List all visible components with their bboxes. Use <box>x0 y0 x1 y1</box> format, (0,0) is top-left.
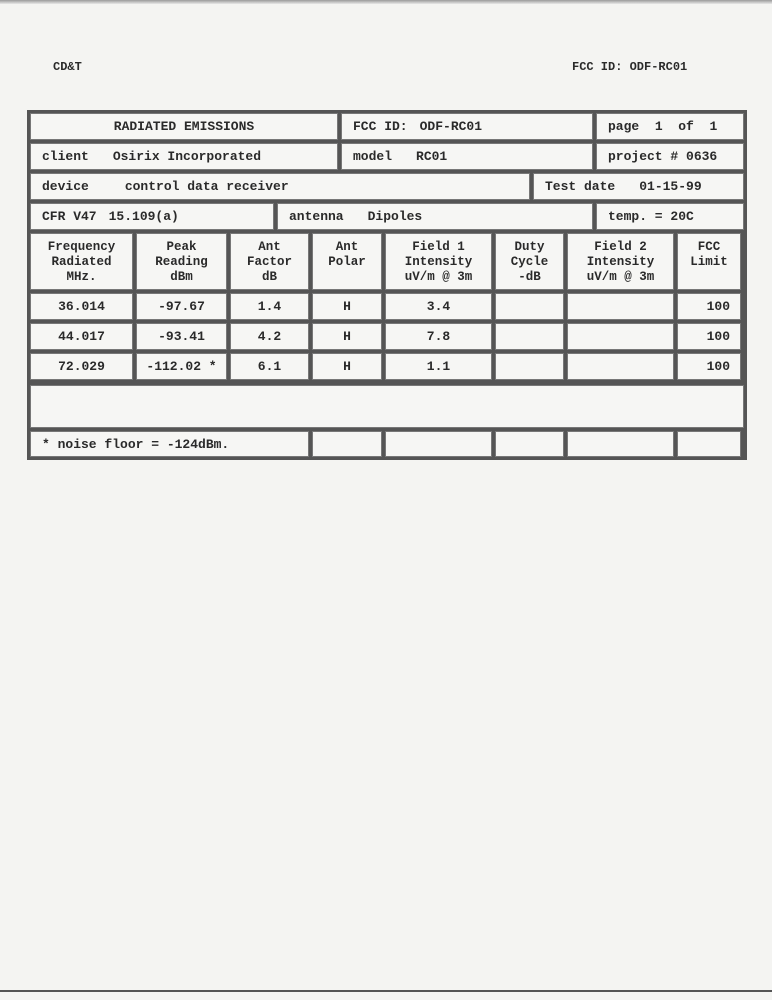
fcc-id-label: FCC ID: <box>353 119 408 134</box>
page-total: 1 <box>709 119 717 134</box>
table-cell-field2-intensity <box>567 293 674 320</box>
table-cell-ant-polar: H <box>312 323 382 350</box>
column-header-line: FCC <box>678 240 740 255</box>
model-value: RC01 <box>416 149 447 164</box>
device-label: device <box>42 179 89 194</box>
table-cell-duty-cycle <box>495 323 564 350</box>
table-cell-fcc-limit: 100 <box>677 293 741 320</box>
page-label: page <box>608 119 639 134</box>
table-cell-ant-factor: 1.4 <box>230 293 309 320</box>
table-cell-fcc-limit: 100 <box>677 353 741 380</box>
table-cell-ant-factor: 4.2 <box>230 323 309 350</box>
table-cell-field1-intensity: 3.4 <box>385 293 492 320</box>
antenna-value: Dipoles <box>368 209 423 224</box>
client-value: Osirix Incorporated <box>113 149 261 164</box>
cfr-cell: CFR V4715.109(a) <box>30 203 274 230</box>
table-cell-field2-intensity <box>567 323 674 350</box>
project-cell: project # 0636 <box>596 143 744 170</box>
column-header-line: Reading <box>137 255 226 270</box>
column-header-field1-intensity: Field 1IntensityuV/m @ 3m <box>385 233 492 290</box>
column-header-frequency: FrequencyRadiatedMHz. <box>30 233 133 290</box>
column-header-line: Ant <box>231 240 308 255</box>
footnote-empty-cell <box>312 431 382 457</box>
scan-bottom-edge <box>0 990 772 992</box>
column-header-line: Polar <box>313 255 381 270</box>
page-current: 1 <box>655 119 663 134</box>
table-cell-peak-reading: -93.41 <box>136 323 227 350</box>
footnote-empty-cell <box>385 431 492 457</box>
model-label: model <box>353 149 392 164</box>
column-header-line: dBm <box>137 270 226 285</box>
column-header-line: dB <box>231 270 308 285</box>
antenna-cell: antennaDipoles <box>277 203 593 230</box>
column-header-line <box>313 270 381 285</box>
client-label: client <box>42 149 89 164</box>
column-header-ant-factor: AntFactordB <box>230 233 309 290</box>
column-header-duty-cycle: DutyCycle-dB <box>495 233 564 290</box>
table-cell-field2-intensity <box>567 353 674 380</box>
table-cell-duty-cycle <box>495 293 564 320</box>
column-header-ant-polar: AntPolar <box>312 233 382 290</box>
table-cell-peak-reading: -97.67 <box>136 293 227 320</box>
fcc-id-cell: FCC ID:ODF-RC01 <box>341 113 593 140</box>
project-value: 0636 <box>686 149 717 164</box>
device-value: control data receiver <box>125 179 289 194</box>
fcc-id-value: ODF-RC01 <box>420 119 482 134</box>
test-date-value: 01-15-99 <box>639 179 701 194</box>
footnote-empty-cell <box>495 431 564 457</box>
column-header-line: uV/m @ 3m <box>568 270 673 285</box>
antenna-label: antenna <box>289 209 344 224</box>
table-cell-ant-polar: H <box>312 293 382 320</box>
fcc-id-header: FCC ID: ODF-RC01 <box>572 60 687 74</box>
footnote: * noise floor = -124dBm. <box>30 431 309 457</box>
form-title-text: RADIATED EMISSIONS <box>114 119 254 134</box>
radiated-emissions-form: RADIATED EMISSIONS FCC ID:ODF-RC01 page … <box>27 110 747 460</box>
column-header-line: MHz. <box>31 270 132 285</box>
column-header-line: Duty <box>496 240 563 255</box>
column-header-line: Intensity <box>568 255 673 270</box>
column-header-line: Cycle <box>496 255 563 270</box>
table-cell-duty-cycle <box>495 353 564 380</box>
table-cell-fcc-limit: 100 <box>677 323 741 350</box>
temp-value: 20C <box>670 209 693 224</box>
model-cell: modelRC01 <box>341 143 593 170</box>
column-header-line: Limit <box>678 255 740 270</box>
column-header-line: Intensity <box>386 255 491 270</box>
page-of: of <box>678 119 694 134</box>
table-cell-frequency: 44.017 <box>30 323 133 350</box>
column-header-line: Field 1 <box>386 240 491 255</box>
scan-top-edge <box>0 0 772 4</box>
project-label: project # <box>608 149 678 164</box>
table-cell-frequency: 36.014 <box>30 293 133 320</box>
form-title: RADIATED EMISSIONS <box>30 113 338 140</box>
column-header-line: Factor <box>231 255 308 270</box>
column-header-line: Peak <box>137 240 226 255</box>
temp-label: temp. = <box>608 209 663 224</box>
client-cell: clientOsirix Incorporated <box>30 143 338 170</box>
table-cell-field1-intensity: 1.1 <box>385 353 492 380</box>
footnote-empty-cell <box>677 431 741 457</box>
table-cell-field1-intensity: 7.8 <box>385 323 492 350</box>
column-header-line: Ant <box>313 240 381 255</box>
table-cell-ant-polar: H <box>312 353 382 380</box>
temp-cell: temp. = 20C <box>596 203 744 230</box>
table-cell-peak-reading: -112.02 * <box>136 353 227 380</box>
column-header-line: Field 2 <box>568 240 673 255</box>
column-header-peak-reading: PeakReadingdBm <box>136 233 227 290</box>
page-cell: page 1 of 1 <box>596 113 744 140</box>
column-header-field2-intensity: Field 2IntensityuV/m @ 3m <box>567 233 674 290</box>
column-header-line: Frequency <box>31 240 132 255</box>
cfr-label: CFR V47 <box>42 209 97 224</box>
table-cell-frequency: 72.029 <box>30 353 133 380</box>
remarks-row <box>30 385 744 428</box>
cfr-value: 15.109(a) <box>109 209 179 224</box>
footnote-empty-cell <box>567 431 674 457</box>
device-cell: devicecontrol data receiver <box>30 173 530 200</box>
company-header: CD&T <box>53 60 82 74</box>
test-date-cell: Test date01-15-99 <box>533 173 744 200</box>
column-header-fcc-limit: FCCLimit <box>677 233 741 290</box>
table-cell-ant-factor: 6.1 <box>230 353 309 380</box>
column-header-line: -dB <box>496 270 563 285</box>
test-date-label: Test date <box>545 179 615 194</box>
column-header-line <box>678 270 740 285</box>
column-header-line: Radiated <box>31 255 132 270</box>
column-header-line: uV/m @ 3m <box>386 270 491 285</box>
